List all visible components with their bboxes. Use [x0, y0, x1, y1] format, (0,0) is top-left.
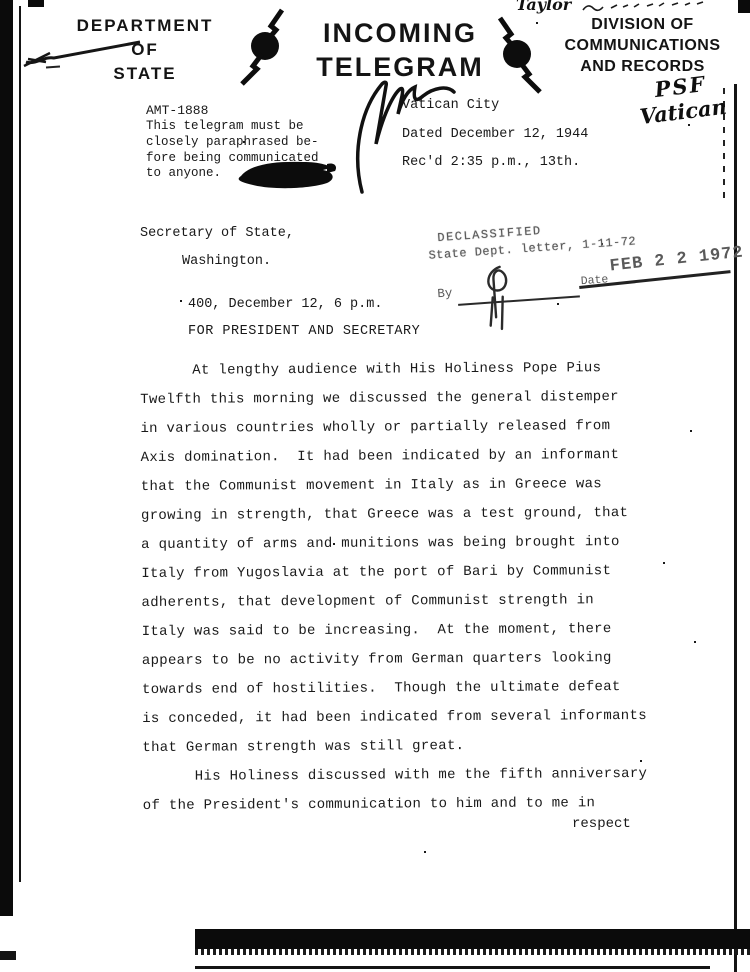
- letterhead-division-of-communications: DIVISION OF COMMUNICATIONS AND RECORDS: [540, 14, 745, 77]
- body-line: in various countries wholly or partially…: [140, 412, 675, 444]
- stamp-signature-scribble: [475, 256, 522, 335]
- message-addressee-line: FOR PRESIDENT AND SECRETARY: [188, 324, 420, 339]
- body-line: that German strength was still great.: [142, 731, 677, 763]
- paraphrase-notice-line2: closely paraphrased be-: [146, 135, 319, 151]
- body-line: towards end of hostilities. Though the u…: [142, 673, 677, 705]
- scan-corner-mark-bottom-left: [0, 951, 16, 960]
- message-number-line: 400, December 12, 6 p.m.: [188, 297, 382, 312]
- scan-bottom-bar: [195, 929, 750, 949]
- letterhead-right-line1: DIVISION OF: [540, 14, 745, 35]
- psf-vatican-annotation: PSF Vatican: [635, 69, 728, 129]
- masthead-line1: INCOMING: [302, 16, 498, 50]
- scan-bottom-bar-fuzz: [195, 949, 750, 955]
- continuation-word: respect: [572, 816, 631, 832]
- body-line: adherents, that development of Communist…: [141, 586, 676, 618]
- telegraph-bolt-icon: [492, 16, 544, 94]
- stamp-by-label: By: [437, 286, 453, 301]
- scan-edge-left-bar: [0, 0, 13, 916]
- signature-paraph-scribble: [338, 58, 460, 196]
- handwritten-routing-note: Taylor: [516, 0, 717, 14]
- paraphrase-notice-line1: This telegram must be: [146, 119, 319, 135]
- scan-bottom-line: [195, 966, 710, 969]
- address-city: Washington.: [182, 254, 271, 269]
- handwritten-routing-text: Taylor: [516, 0, 571, 14]
- body-line: that the Communist movement in Italy as …: [141, 470, 676, 502]
- letterhead-right-line2: COMMUNICATIONS: [540, 35, 745, 56]
- body-line: At lengthy audience with His Holiness Po…: [140, 354, 675, 386]
- body-line: Italy was said to be increasing. At the …: [142, 615, 677, 647]
- telegraph-bolt-icon: [238, 8, 290, 86]
- scan-edge-left-line: [19, 6, 21, 882]
- body-line: Axis domination. It had been indicated b…: [141, 441, 676, 473]
- handwriting-squiggle-icon: [577, 0, 717, 14]
- body-line: Italy from Yugoslavia at the port of Bar…: [141, 557, 676, 589]
- ink-redaction-mark: [233, 154, 341, 192]
- body-line: Twelfth this morning we discussed the ge…: [140, 383, 675, 415]
- vatican-label: Vatican: [638, 94, 728, 129]
- telegram-scan-page: DEPARTMENT OF STATE INCOMING TELEGRAM DI…: [0, 0, 750, 972]
- telegram-reference-number: AMT-1888: [146, 103, 208, 118]
- scan-corner-mark-top-right: [738, 0, 750, 13]
- address-recipient: Secretary of State,: [140, 226, 294, 241]
- declassified-stamp: DECLASSIFIED State Dept. letter, 1-11-72…: [425, 210, 750, 342]
- telegram-body: At lengthy audience with His Holiness Po…: [140, 354, 678, 821]
- body-line: His Holiness discussed with me the fifth…: [142, 760, 677, 792]
- pen-strikethrough-mark: [22, 32, 147, 70]
- body-line: growing in strength, that Greece was a t…: [141, 499, 676, 531]
- body-line: appears to be no activity from German qu…: [142, 644, 677, 676]
- scan-corner-mark-top-left: [28, 0, 44, 7]
- body-line: a quantity of arms and munitions was bei…: [141, 528, 676, 560]
- scan-noise-specks: [0, 0, 2, 2]
- body-line: is conceded, it had been indicated from …: [142, 702, 677, 734]
